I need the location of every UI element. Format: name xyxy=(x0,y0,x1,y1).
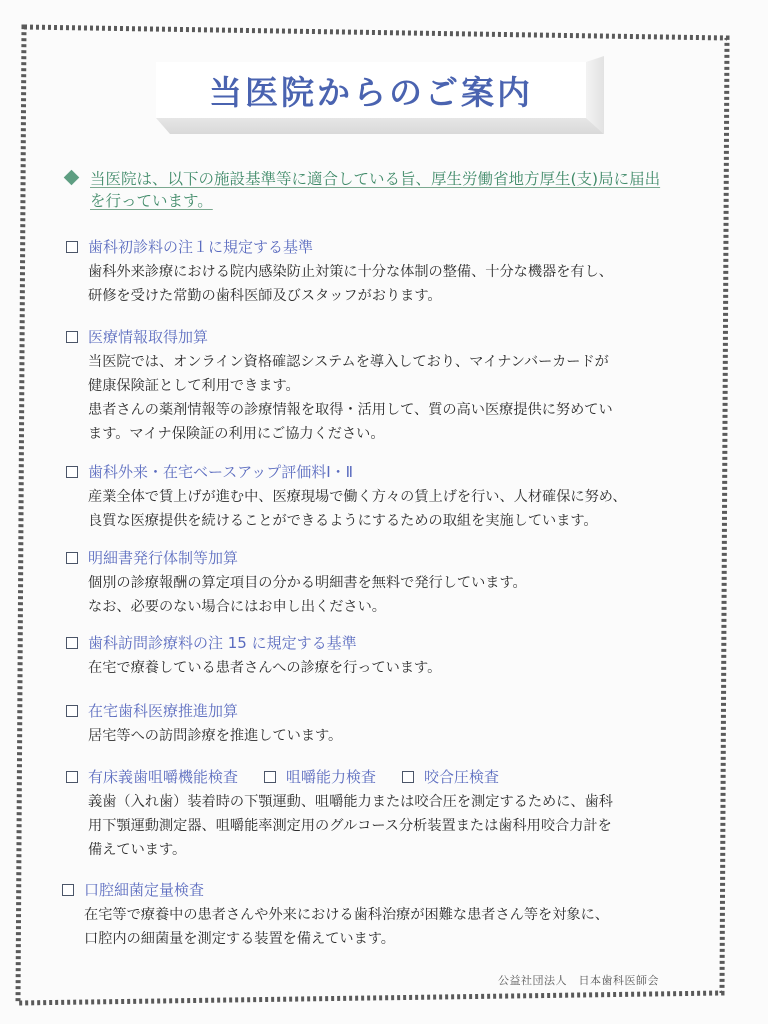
section-heading: 歯科外来・在宅ベースアップ評価料Ⅰ・Ⅱ xyxy=(88,462,353,482)
section-heading: 歯科訪問診療料の注 15 に規定する基準 xyxy=(88,633,357,653)
checkbox-icon xyxy=(66,637,78,649)
section-itemized-statement: 明細書発行体制等加算 個別の診療報酬の算定項目の分かる明細書を無料で発行していま… xyxy=(66,548,706,619)
checkbox-icon xyxy=(66,771,78,783)
banner-bottom-shade xyxy=(156,118,604,134)
checkbox-icon xyxy=(66,466,78,478)
section-masticatory-tests: 有床義歯咀嚼機能検査 咀嚼能力検査 咬合圧検査 義歯（入れ歯）装着時の下顎運動、… xyxy=(66,767,706,862)
section-heading: 口腔細菌定量検査 xyxy=(84,880,204,900)
checkbox-icon xyxy=(66,331,78,343)
publisher-credit: 公益社団法人 日本歯科医師会 xyxy=(498,972,659,988)
section-body: 当医院では、オンライン資格確認システムを導入しており、マイナンバーカードが 健康… xyxy=(88,350,706,446)
section-body: 産業全体で賃上げが進む中、医療現場で働く方々の賃上げを行い、人材確保に努め、 良… xyxy=(88,485,706,533)
body-line: 良質な医療提供を続けることができるようにするための取組を実施しています。 xyxy=(88,509,706,533)
body-line: 備えています。 xyxy=(88,838,706,862)
body-line: なお、必要のない場合にはお申し出ください。 xyxy=(88,595,706,619)
section-body: 在宅等で療養中の患者さんや外来における歯科治療が困難な患者さん等を対象に、 口腔… xyxy=(84,903,702,951)
checkbox-icon xyxy=(402,771,414,783)
page-title: 当医院からのご案内 xyxy=(209,67,533,114)
body-line: 口腔内の細菌量を測定する装置を備えています。 xyxy=(84,927,702,951)
section-body: 居宅等への訪問診療を推進しています。 xyxy=(88,724,706,748)
body-line: 用下顎運動測定器、咀嚼能率測定用のグルコース分析装置または歯科用咬合力計を xyxy=(88,814,706,838)
body-line: ます。マイナ保険証の利用にご協力ください。 xyxy=(88,422,706,446)
body-line: 居宅等への訪問診療を推進しています。 xyxy=(88,724,706,748)
section-heading-3: 咬合圧検査 xyxy=(424,767,499,787)
section-medical-info-acquisition: 医療情報取得加算 当医院では、オンライン資格確認システムを導入しており、マイナン… xyxy=(66,327,706,446)
section-oral-bacteria-test: 口腔細菌定量検査 在宅等で療養中の患者さんや外来における歯科治療が困難な患者さん… xyxy=(62,880,702,951)
section-heading-2: 咀嚼能力検査 xyxy=(286,767,376,787)
section-body: 歯科外来診療における院内感染防止対策に十分な体制の整備、十分な機器を有し、 研修… xyxy=(88,260,706,308)
section-heading: 医療情報取得加算 xyxy=(88,327,208,347)
title-banner: 当医院からのご案内 xyxy=(156,62,604,134)
checkbox-icon xyxy=(66,241,78,253)
body-line: 研修を受けた常勤の歯科医師及びスタッフがおります。 xyxy=(88,284,706,308)
section-initial-exam-standard: 歯科初診料の注１に規定する基準 歯科外来診療における院内感染防止対策に十分な体制… xyxy=(66,237,706,308)
section-body: 個別の診療報酬の算定項目の分かる明細書を無料で発行しています。 なお、必要のない… xyxy=(88,571,706,619)
diamond-icon xyxy=(64,170,80,186)
checkbox-icon xyxy=(66,552,78,564)
intro-line: 当医院は、以下の施設基準等に適合している旨、厚生労働省地方厚生(支)局に届出 xyxy=(90,170,660,188)
intro-notice: 当医院は、以下の施設基準等に適合している旨、厚生労働省地方厚生(支)局に届出 を… xyxy=(66,168,706,212)
intro-line: を行っています。 xyxy=(90,192,213,210)
section-body: 在宅で療養している患者さんへの診療を行っています。 xyxy=(88,656,706,680)
body-line: 歯科外来診療における院内感染防止対策に十分な体制の整備、十分な機器を有し、 xyxy=(88,260,706,284)
section-home-dental-promotion: 在宅歯科医療推進加算 居宅等への訪問診療を推進しています。 xyxy=(66,701,706,748)
section-heading: 在宅歯科医療推進加算 xyxy=(88,701,238,721)
section-body: 義歯（入れ歯）装着時の下顎運動、咀嚼能力または咬合圧を測定するために、歯科 用下… xyxy=(88,790,706,862)
checkbox-icon xyxy=(264,771,276,783)
body-line: 在宅で療養している患者さんへの診療を行っています。 xyxy=(88,656,706,680)
body-line: 健康保険証として利用できます。 xyxy=(88,374,706,398)
section-heading: 歯科初診料の注１に規定する基準 xyxy=(88,237,313,257)
section-base-up-evaluation: 歯科外来・在宅ベースアップ評価料Ⅰ・Ⅱ 産業全体で賃上げが進む中、医療現場で働く… xyxy=(66,462,706,533)
body-line: 義歯（入れ歯）装着時の下顎運動、咀嚼能力または咬合圧を測定するために、歯科 xyxy=(88,790,706,814)
checkbox-icon xyxy=(66,705,78,717)
body-line: 産業全体で賃上げが進む中、医療現場で働く方々の賃上げを行い、人材確保に努め、 xyxy=(88,485,706,509)
title-box: 当医院からのご案内 xyxy=(156,62,586,118)
section-heading: 有床義歯咀嚼機能検査 xyxy=(88,767,238,787)
section-heading: 明細書発行体制等加算 xyxy=(88,548,238,568)
body-line: 当医院では、オンライン資格確認システムを導入しており、マイナンバーカードが xyxy=(88,350,706,374)
checkbox-icon xyxy=(62,884,74,896)
body-line: 患者さんの薬剤情報等の診療情報を取得・活用して、質の高い医療提供に努めてい xyxy=(88,398,706,422)
body-line: 個別の診療報酬の算定項目の分かる明細書を無料で発行しています。 xyxy=(88,571,706,595)
section-home-visit-standard: 歯科訪問診療料の注 15 に規定する基準 在宅で療養している患者さんへの診療を行… xyxy=(66,633,706,680)
intro-text: 当医院は、以下の施設基準等に適合している旨、厚生労働省地方厚生(支)局に届出 を… xyxy=(90,168,706,212)
body-line: 在宅等で療養中の患者さんや外来における歯科治療が困難な患者さん等を対象に、 xyxy=(84,903,702,927)
